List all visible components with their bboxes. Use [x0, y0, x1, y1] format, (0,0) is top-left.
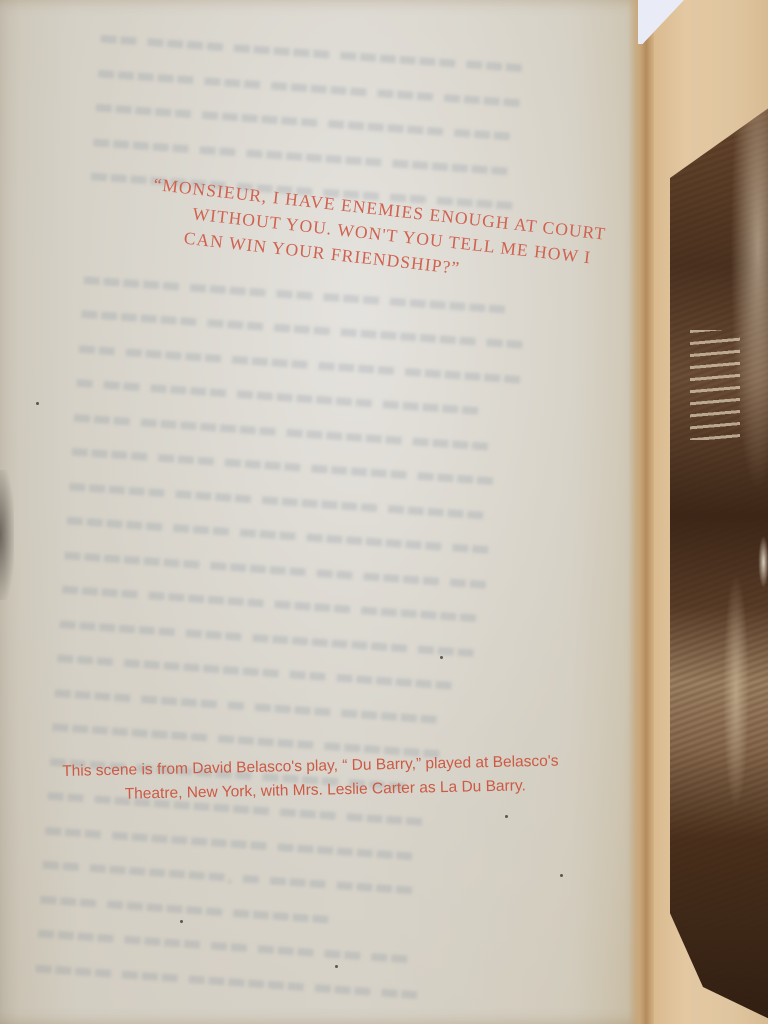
book-photo: ▬▬ ▬▬▬▬ ▬▬▬▬▬ ▬▬▬▬▬▬ ▬▬▬ ▬▬▬▬▬ ▬▬▬ ▬▬▬▬▬…: [0, 0, 768, 1024]
paper-speck: [180, 920, 183, 923]
paper-speck: [440, 656, 443, 659]
photogravure-plate: [670, 100, 768, 1024]
bleed-through-text: ▬▬ ▬▬▬▬ ▬▬▬▬▬ ▬▬▬▬▬▬ ▬▬▬ ▬▬▬▬▬ ▬▬▬ ▬▬▬▬▬…: [33, 20, 619, 1020]
paper-speck: [36, 402, 39, 405]
book-gutter: [628, 0, 654, 1024]
paper-speck: [505, 815, 508, 818]
paper-speck: [335, 965, 338, 968]
plate-balustrade-detail: [690, 330, 740, 440]
page-edge-shadow: [0, 470, 14, 600]
paper-speck: [560, 874, 563, 877]
tissue-guard-page: ▬▬ ▬▬▬▬ ▬▬▬▬▬ ▬▬▬▬▬▬ ▬▬▬ ▬▬▬▬▬ ▬▬▬ ▬▬▬▬▬…: [0, 0, 648, 1024]
